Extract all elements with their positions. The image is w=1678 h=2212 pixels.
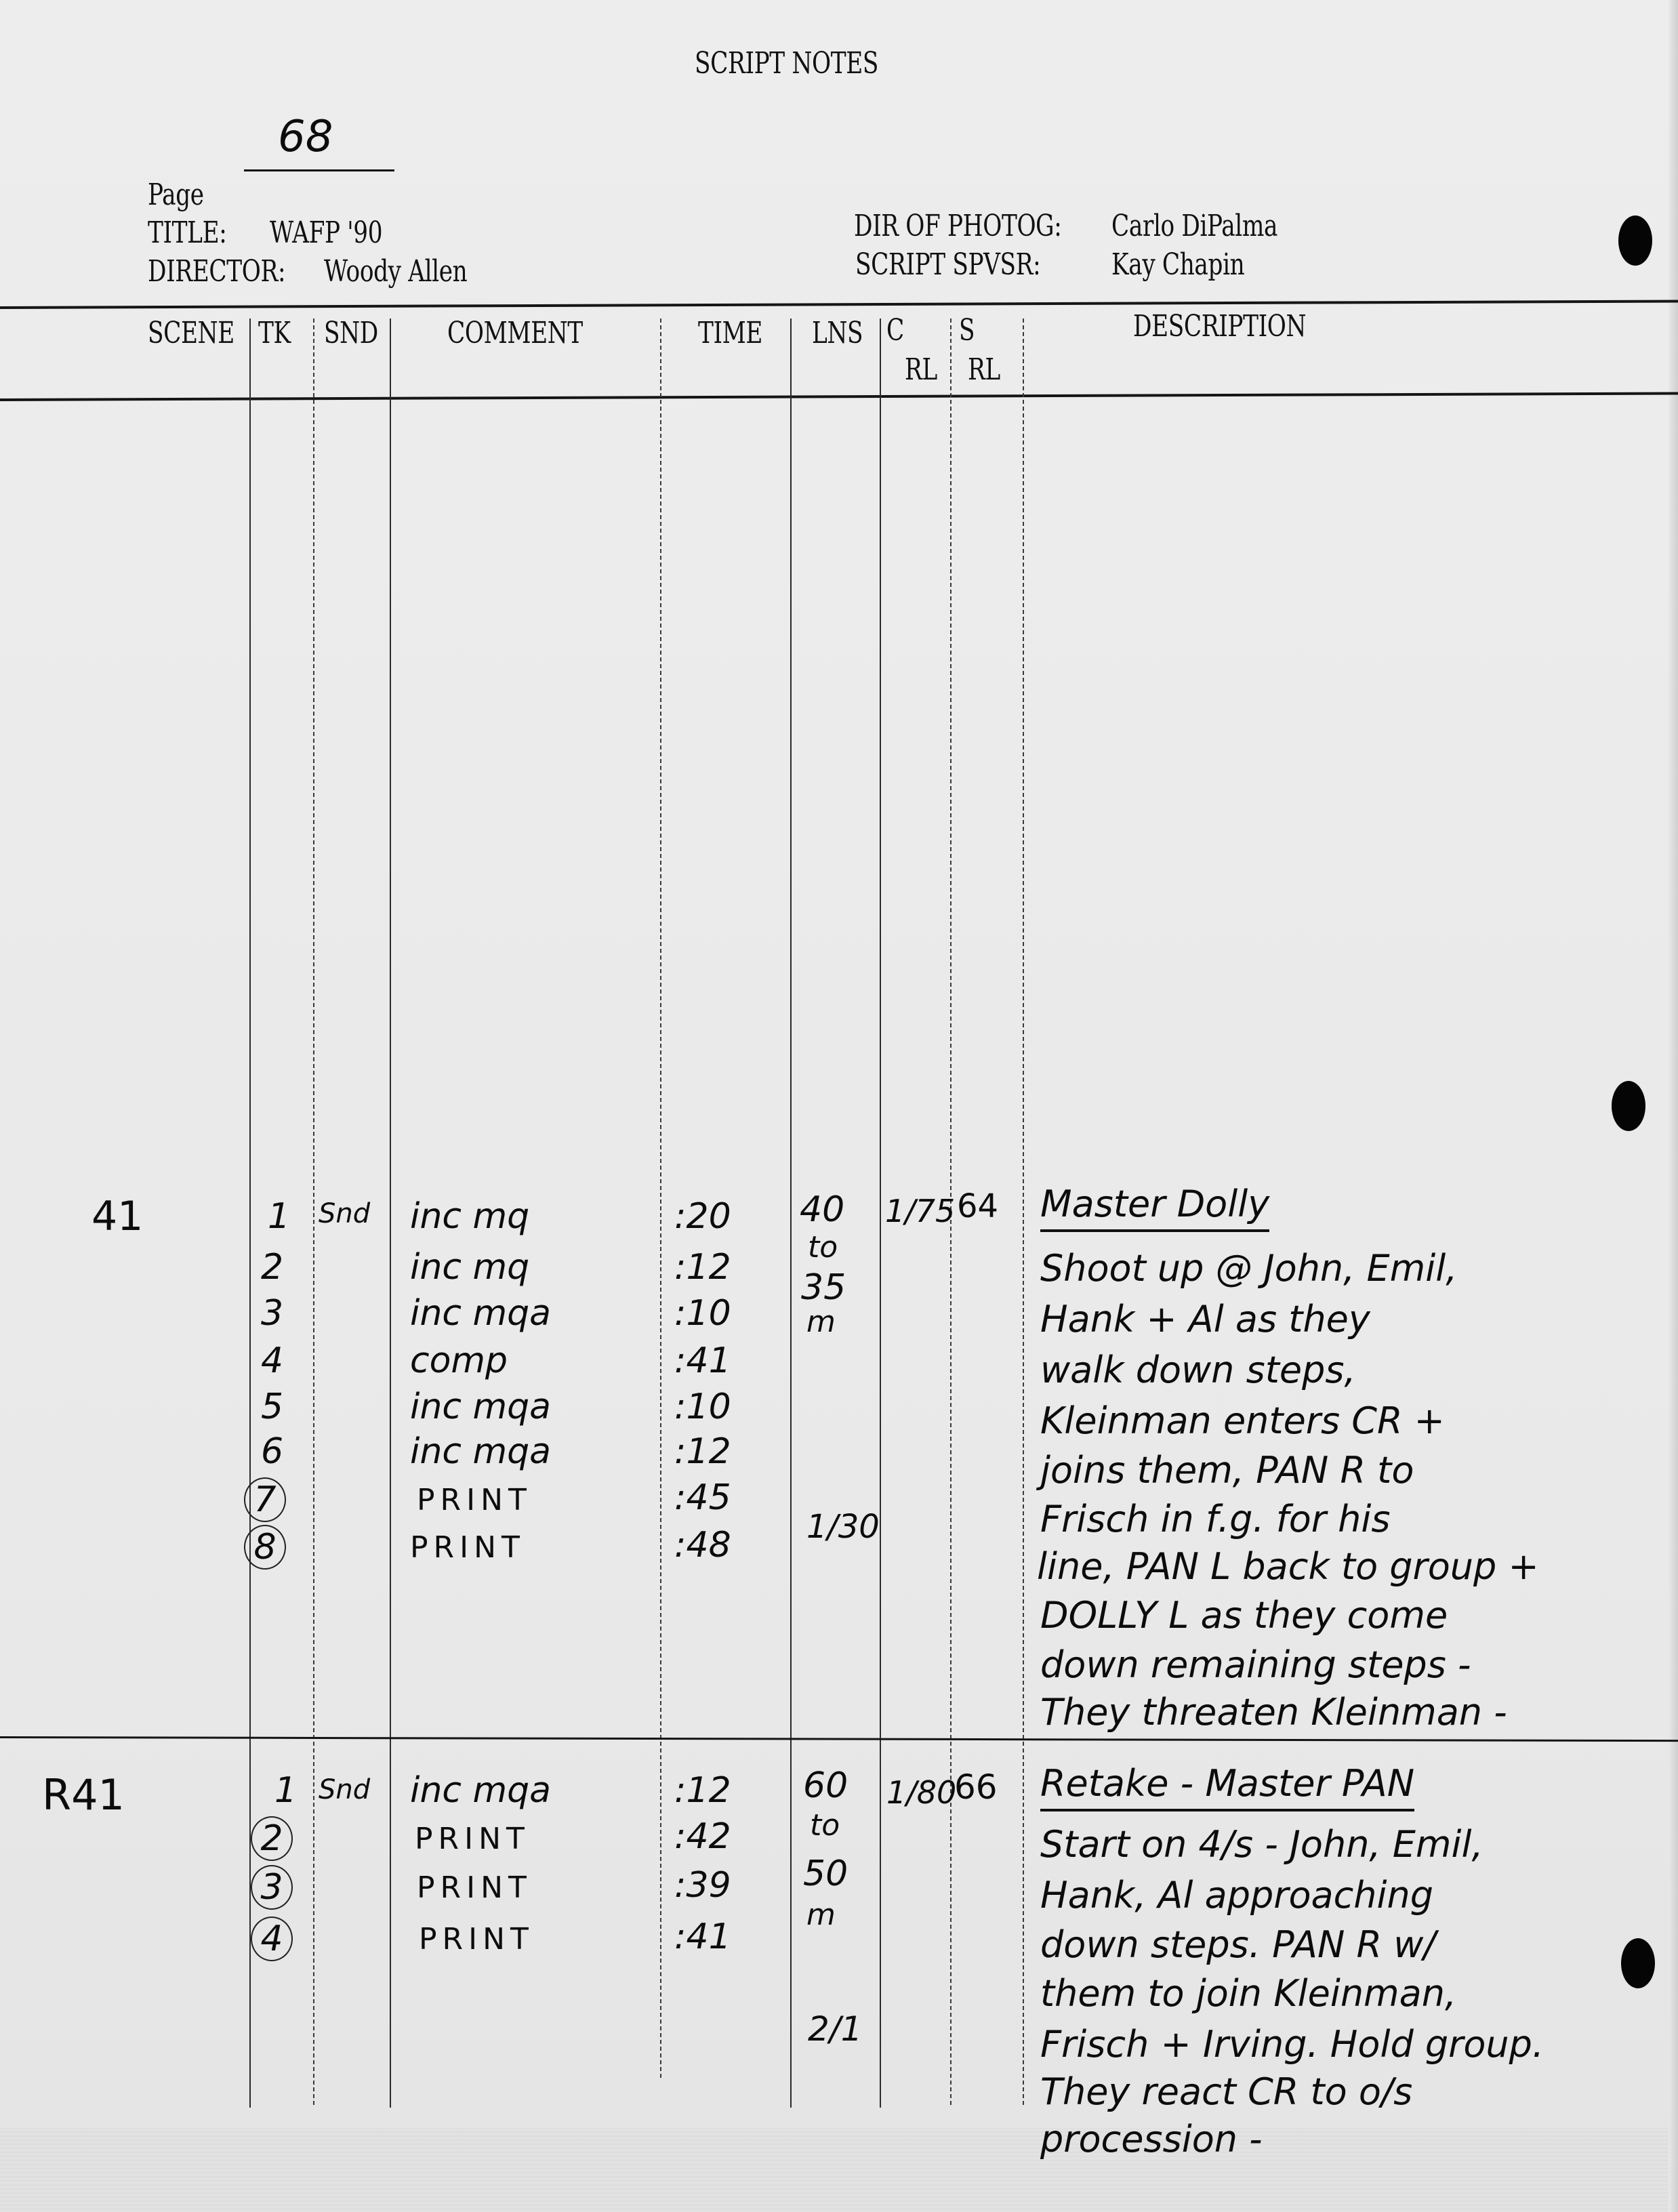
take-comment: inc mqa: [410, 1293, 551, 1334]
lens-value: m: [806, 1305, 836, 1339]
lens-value: 60: [803, 1765, 848, 1806]
description-line: them to join Kleinman,: [1040, 1972, 1456, 2015]
take-number-circled: 7: [252, 1477, 286, 1522]
column-header-time: TIME: [698, 316, 762, 350]
sound-roll: 64: [957, 1187, 998, 1225]
description-line: joins them, PAN R to: [1040, 1449, 1414, 1492]
description-line: They threaten Kleinman -: [1040, 1691, 1507, 1734]
take-comment: inc mqa: [410, 1770, 551, 1811]
take-comment: inc mqa: [410, 1387, 551, 1427]
description-line: Frisch in f.g. for his: [1040, 1498, 1390, 1540]
take-comment: inc mq: [410, 1196, 529, 1237]
column-divider-tk-snd: [313, 319, 314, 2108]
column-header-s-rl: RL: [968, 352, 1000, 387]
scan-noise-strip: [0, 2128, 1678, 2212]
lens-value: m: [806, 1898, 836, 1932]
take-comment: PRINT: [410, 1530, 525, 1565]
binder-punch-hole-middle: [1612, 1081, 1645, 1131]
page-number-underline: [244, 169, 394, 171]
take-time: :39: [674, 1865, 731, 1906]
take-number: 1: [268, 1196, 290, 1237]
take-comment: inc mqa: [410, 1431, 551, 1472]
column-divider-snd-comment: [390, 319, 391, 2108]
take-time: :10: [674, 1293, 731, 1334]
description-line: Hank + Al as they: [1040, 1298, 1370, 1340]
lens-value: 40: [800, 1189, 844, 1230]
description-line: procession -: [1040, 2118, 1263, 2160]
column-header-c-rl: RL: [905, 352, 937, 387]
take-comment: PRINT: [419, 1922, 534, 1957]
camera-roll: 1/75: [885, 1193, 955, 1229]
take-comment: PRINT: [417, 1870, 532, 1905]
column-header-s: S: [959, 313, 975, 348]
lens-value: to: [810, 1808, 840, 1843]
title-value: WAFP '90: [270, 216, 382, 250]
take-number-circled: 8: [252, 1525, 286, 1570]
lens-footer: 1/30: [806, 1508, 880, 1546]
description-title: Master Dolly: [1040, 1183, 1269, 1225]
take-time: :42: [674, 1816, 731, 1857]
take-comment: inc mq: [410, 1247, 529, 1288]
take-number-circled: 4: [259, 1917, 293, 1961]
take-time: :41: [674, 1917, 731, 1957]
description-line: down remaining steps -: [1040, 1643, 1471, 1686]
take-time: :12: [674, 1770, 731, 1811]
take-time: :12: [674, 1247, 731, 1288]
description-line: Shoot up @ John, Emil,: [1040, 1247, 1457, 1290]
column-header-description: DESCRIPTION: [1133, 309, 1306, 344]
lens-value: 35: [801, 1267, 846, 1308]
page-number: 68: [278, 112, 333, 162]
description-line: walk down steps,: [1040, 1349, 1356, 1391]
description-line: Kleinman enters CR +: [1040, 1399, 1445, 1442]
take-time: :41: [674, 1340, 731, 1381]
column-header-comment: COMMENT: [447, 316, 583, 350]
lens-value: to: [808, 1230, 838, 1265]
description-line: Hank, Al approaching: [1040, 1874, 1433, 1917]
form-heading: SCRIPT NOTES: [695, 46, 878, 81]
scene-number: 41: [91, 1193, 143, 1240]
scene-number: R41: [42, 1770, 125, 1820]
lens-value: 50: [803, 1853, 848, 1894]
column-header-lns: LNS: [812, 316, 863, 350]
sound-value: Snd: [319, 1774, 370, 1805]
take-number-circled: 3: [259, 1865, 293, 1910]
take-number: 2: [261, 1247, 283, 1288]
take-time: :45: [674, 1477, 731, 1518]
title-label: TITLE:: [148, 216, 226, 250]
take-time: :48: [674, 1525, 731, 1565]
binder-punch-hole-bottom: [1621, 1938, 1655, 1988]
circled-take: 7: [244, 1477, 286, 1522]
column-divider-comment-time: [660, 319, 661, 2081]
take-number: 4: [261, 1340, 283, 1381]
sound-roll: 66: [954, 1767, 998, 1807]
description-line: Start on 4/s - John, Emil,: [1040, 1823, 1483, 1866]
column-header-scene: SCENE: [148, 316, 234, 350]
dop-label: DIR OF PHOTOG:: [854, 209, 1061, 243]
take-time: :12: [674, 1431, 731, 1472]
description-line: They react CR to o/s: [1040, 2070, 1412, 2113]
circled-take: 3: [251, 1865, 293, 1910]
page-label: Page: [148, 178, 204, 212]
lens-footer: 2/1: [808, 2009, 862, 2049]
dop-value: Carlo DiPalma: [1111, 209, 1277, 243]
supervisor-label: SCRIPT SPVSR:: [855, 247, 1040, 282]
supervisor-value: Kay Chapin: [1111, 247, 1244, 282]
column-divider-srl-description: [1023, 319, 1024, 2108]
column-header-snd: SND: [324, 316, 378, 350]
column-header-tk: TK: [258, 316, 291, 350]
description-line: line, PAN L back to group +: [1037, 1545, 1539, 1588]
column-divider-time-lns: [790, 319, 792, 2108]
director-value: Woody Allen: [324, 254, 467, 289]
description-line: DOLLY L as they come: [1040, 1594, 1448, 1637]
description-line: Frisch + Irving. Hold group.: [1040, 2023, 1544, 2066]
circled-take: 4: [251, 1917, 293, 1961]
take-time: :10: [674, 1387, 731, 1427]
description-title-text: Master Dolly: [1040, 1183, 1269, 1232]
column-header-c: C: [886, 313, 904, 348]
camera-roll: 1/80: [886, 1774, 956, 1811]
description-line: down steps. PAN R w/: [1040, 1923, 1436, 1966]
circled-take: 8: [244, 1525, 286, 1570]
take-comment: comp: [410, 1340, 508, 1381]
binder-punch-hole-top: [1618, 216, 1652, 266]
take-number: 1: [274, 1770, 297, 1811]
take-number: 6: [261, 1431, 283, 1472]
description-title: Retake - Master PAN: [1040, 1762, 1414, 1805]
take-number-circled: 2: [259, 1816, 293, 1861]
director-label: DIRECTOR:: [148, 254, 285, 289]
take-comment: PRINT: [415, 1822, 530, 1856]
take-comment: PRINT: [417, 1483, 532, 1517]
take-time: :20: [674, 1196, 731, 1237]
take-number: 5: [261, 1387, 283, 1427]
sound-value: Snd: [319, 1198, 370, 1229]
circled-take: 2: [251, 1816, 293, 1861]
page-edge-shadow: [1669, 0, 1678, 2212]
column-divider-lns-crl: [880, 319, 881, 2108]
take-number: 3: [261, 1293, 283, 1334]
description-title-text: Retake - Master PAN: [1040, 1762, 1414, 1811]
